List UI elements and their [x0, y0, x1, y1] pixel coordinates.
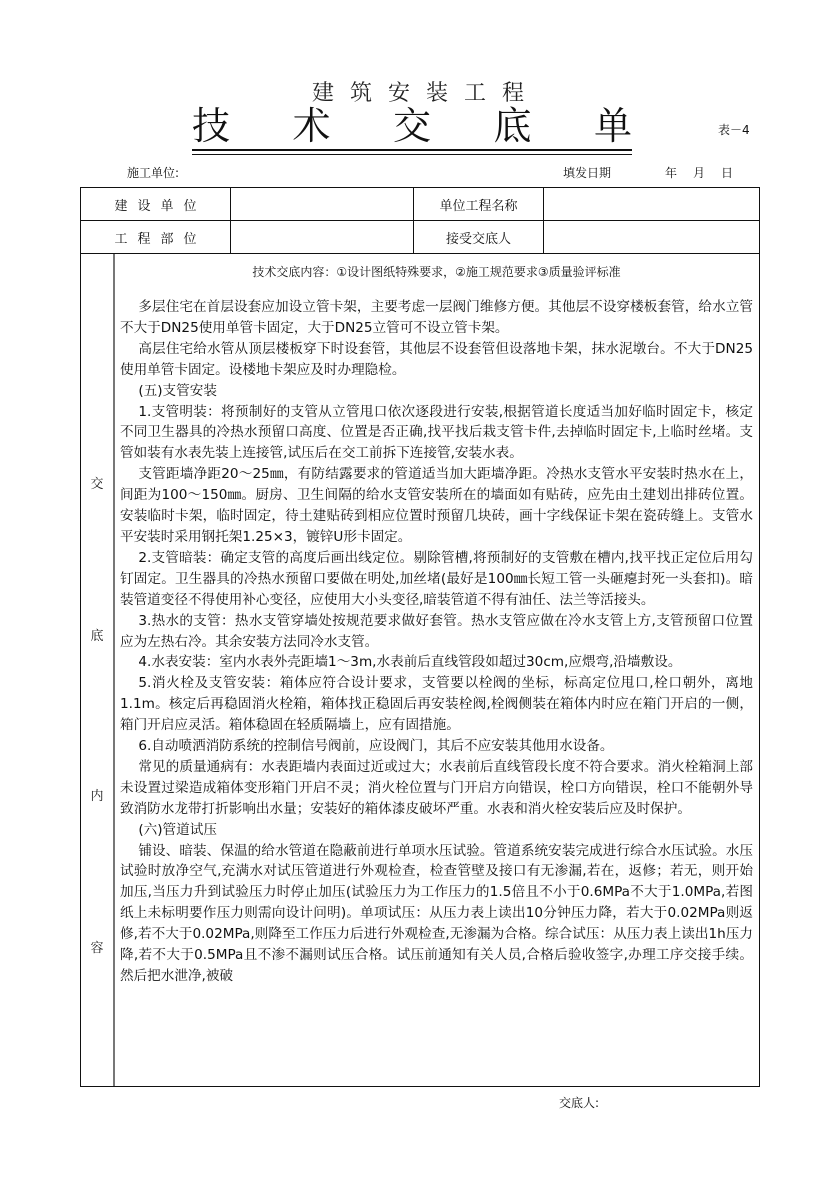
- title-char: 交: [393, 104, 431, 148]
- content-paragraph: 高层住宅给水管从顶层楼板穿下时设套管，其他层不设套管但设落地卡架，抹水泥墩台。不…: [120, 339, 753, 381]
- content-paragraph: 支管距墙净距20～25㎜，有防结露要求的管道适当加大距墙净距。冷热水支管水平安装…: [120, 464, 753, 548]
- content-paragraph: 多层住宅在首层设套应加设立管卡架，主要考虑一层阀门维修方便。其他层不设穿楼板套管…: [120, 297, 753, 339]
- content-paragraph: 4.水表安装：室内水表外壳距墙1～3m,水表前后直线管段如超过30cm,应煨弯,…: [120, 652, 753, 673]
- section-heading: (六)管道试压: [120, 820, 753, 841]
- title-char: 单: [594, 104, 632, 148]
- content-paragraph: 6.自动喷洒消防系统的控制信号阀前，应设阀门，其后不应安装其他用水设备。: [120, 736, 753, 757]
- title-char: 技: [192, 104, 230, 148]
- project-part-label: 工程部位: [81, 221, 231, 253]
- title-char: 底: [493, 104, 531, 148]
- section-heading: (五)支管安装: [120, 381, 753, 402]
- title-double-underline: [192, 149, 632, 155]
- info-row-construction-unit: 建设单位 单位工程名称: [81, 188, 759, 221]
- side-label-char: 底: [81, 625, 113, 644]
- side-label-char: 容: [81, 937, 113, 956]
- owner-unit-field[interactable]: [231, 188, 414, 220]
- handover-content: 技术交底内容：①设计图纸特殊要求，②施工规范要求③质量验评标准 多层住宅在首层设…: [117, 254, 759, 1086]
- content-paragraph: 常见的质量通病有：水表距墙内表面过近或过大；水表前后直线管段长度不符合要求。消火…: [120, 757, 753, 820]
- title-char: 术: [292, 104, 330, 148]
- info-row-project-part: 工程部位 接受交底人: [81, 221, 759, 254]
- project-part-field[interactable]: [231, 221, 414, 253]
- form-number: 表－4: [718, 121, 750, 138]
- construction-unit-label: 施工单位:: [127, 164, 179, 181]
- content-paragraph: 3.热水的支管：热水支管穿墙处按规范要求做好套管。热水支管应做在冷水支管上方,支…: [120, 611, 753, 653]
- recipient-field[interactable]: [544, 221, 759, 253]
- construction-unit-field[interactable]: [190, 164, 390, 180]
- date-year-label: 年: [665, 164, 677, 181]
- content-side-label: 交 底 内 容: [81, 254, 115, 1086]
- handover-form-table: 建设单位 单位工程名称 工程部位 接受交底人 交 底 内 容 技术交底内容：①设…: [80, 187, 760, 1087]
- side-label-char: 内: [81, 785, 113, 804]
- signer-label: 交底人:: [559, 1094, 599, 1111]
- document-subtitle: 建筑安装工程: [0, 76, 838, 107]
- project-name-label: 单位工程名称: [414, 188, 544, 220]
- content-paragraph: 2.支管暗装：确定支管的高度后画出线定位。剔除管槽,将预制好的支管敷在槽内,找平…: [120, 548, 753, 611]
- project-name-field[interactable]: [544, 188, 759, 220]
- issue-date-label: 填发日期: [563, 164, 611, 181]
- date-day-label: 日: [721, 164, 733, 181]
- document-title: 技 术 交 底 单: [192, 104, 632, 148]
- content-paragraph: 1.支管明装：将预制好的支管从立管甩口依次逐段进行安装,根据管道长度适当加好临时…: [120, 402, 753, 465]
- side-label-char: 交: [81, 473, 113, 492]
- content-heading: 技术交底内容：①设计图纸特殊要求，②施工规范要求③质量验评标准: [120, 263, 753, 297]
- recipient-label: 接受交底人: [414, 221, 544, 253]
- date-month-label: 月: [693, 164, 705, 181]
- owner-unit-label: 建设单位: [81, 188, 231, 220]
- content-paragraph: 5.消火栓及支管安装：箱体应符合设计要求，支管要以栓阀的坐标，标高定位甩口,栓口…: [120, 673, 753, 736]
- content-paragraph: 铺设、暗装、保温的给水管道在隐蔽前进行单项水压试验。管道系统安装完成进行综合水压…: [120, 841, 753, 987]
